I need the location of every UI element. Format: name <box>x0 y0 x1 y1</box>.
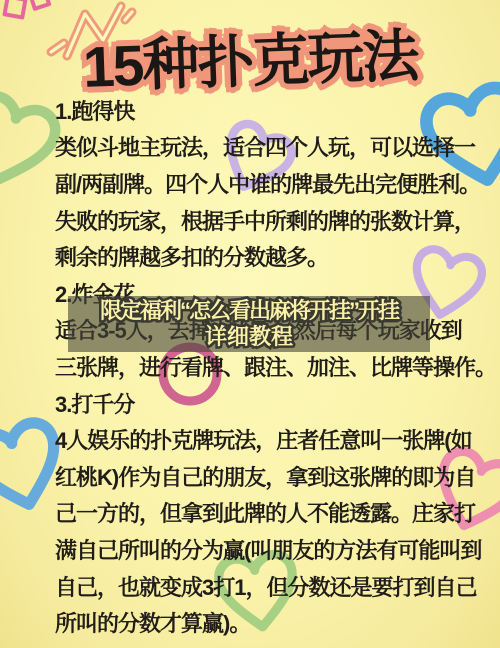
watermark-text-line2: 详细教程 <box>205 324 293 350</box>
poster-title: 15种扑克玩法 <box>81 10 418 104</box>
body-line: 副/两副牌。四个人中谁的牌最先出完便胜利。 <box>55 165 475 202</box>
watermark-overlay-band: 限定福利“怎么看出麻将开挂”开挂 详细教程 <box>68 296 430 352</box>
poster-body-text: 1.跑得快 类似斗地主玩法，适合四个人玩，可以选择一 副/两副牌。四个人中谁的牌… <box>55 92 475 641</box>
body-line: 三张牌，进行看牌、跟注、加注、比牌等操作。 <box>55 348 475 385</box>
body-line: 所叫的分数才算赢)。 <box>55 604 475 641</box>
body-line: 红桃K)作为自己的朋友，拿到这张牌的即为自 <box>55 458 475 495</box>
section-3-heading: 3.打千分 <box>55 385 475 422</box>
body-line: 剩余的牌越多扣的分数越多。 <box>55 238 475 275</box>
watermark-text-line1: 限定福利“怎么看出麻将开挂”开挂 <box>100 298 398 324</box>
body-line: 满自己所叫的分为赢(叫朋友的方法有可能叫到 <box>55 531 475 568</box>
green-heart-doodle-icon <box>0 92 60 197</box>
pink-squares-doodle-icon <box>2 0 62 30</box>
body-line: 自己，也就变成3打1，但分数还是要打到自己 <box>55 568 475 605</box>
body-line: 失败的玩家，根据手中所剩的牌的张数计算， <box>55 202 475 239</box>
body-line: 己一方的，但拿到此牌的人不能透露。庄家打 <box>55 495 475 532</box>
body-line: 类似斗地主玩法，适合四个人玩，可以选择一 <box>55 129 475 166</box>
poster-canvas: 15种扑克玩法 1.跑得快 类似斗地主玩法，适合四个人玩，可以选择一 副/两副牌… <box>0 0 500 648</box>
body-line: 4人娱乐的扑克牌玩法，庄者任意叫一张牌(如 <box>55 421 475 458</box>
